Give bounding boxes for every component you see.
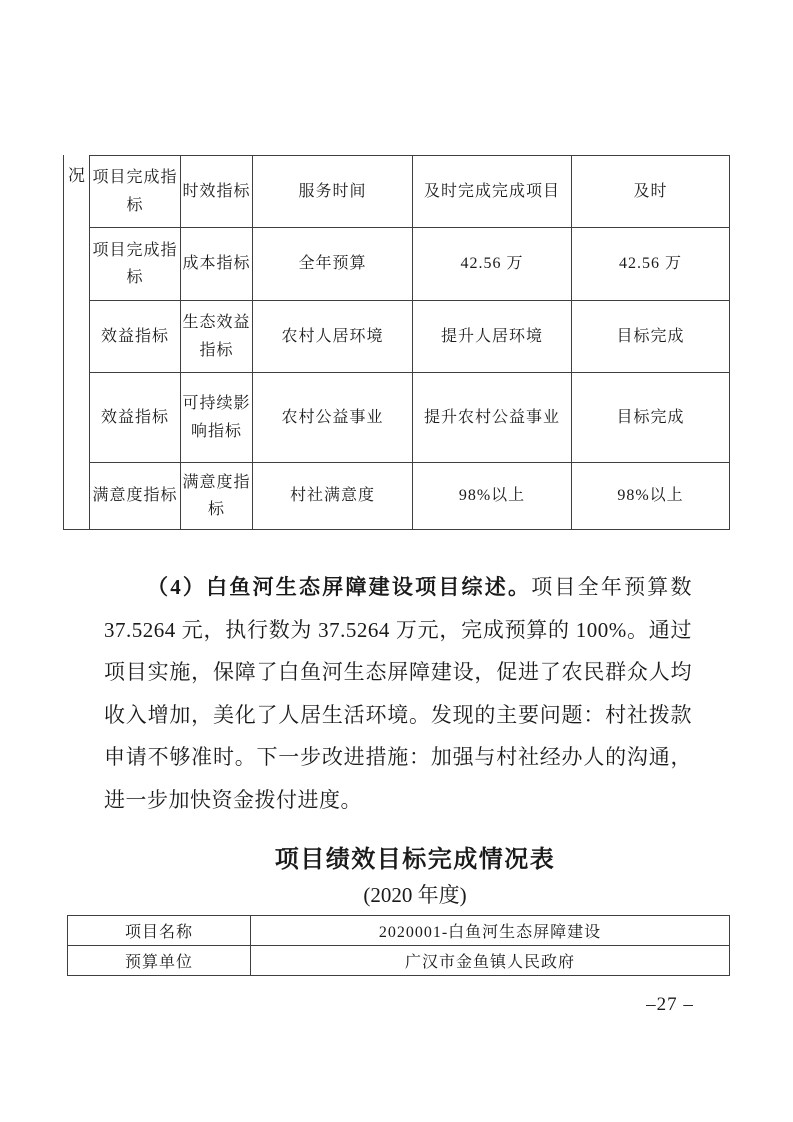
table-cell: 98%以上 <box>572 463 729 529</box>
table-cell: 可持续影响指标 <box>181 373 253 463</box>
project-info-table: 项目名称 2020001-白鱼河生态屏障建设 预算单位 广汉市金鱼镇人民政府 <box>67 915 730 976</box>
summary-lead-bold: （4）白鱼河生态屏障建设项目综述。 <box>147 575 531 599</box>
info-value-cell: 2020001-白鱼河生态屏障建设 <box>251 916 729 946</box>
table-cell: 及时完成完成项目 <box>413 156 572 228</box>
table-cell: 效益指标 <box>90 301 181 373</box>
table-cell: 项目完成指标 <box>90 228 181 301</box>
indicator-table: 项目完成指标 时效指标 服务时间 及时完成完成项目 及时 项目完成指标 成本指标… <box>89 155 730 530</box>
document-page: 况 项目完成指标 时效指标 服务时间 及时完成完成项目 及时 项目完成指标 成本… <box>0 0 793 1122</box>
table-cell: 农村人居环境 <box>253 301 413 373</box>
table-cell: 成本指标 <box>181 228 253 301</box>
table-cell: 42.56 万 <box>572 228 729 301</box>
table-cell: 满意度指标 <box>181 463 253 529</box>
table-cell: 农村公益事业 <box>253 373 413 463</box>
table-cell: 全年预算 <box>253 228 413 301</box>
table-continuation-gutter: 况 <box>63 155 89 530</box>
page-number: –27 – <box>610 994 730 1016</box>
table-cell: 提升人居环境 <box>413 301 572 373</box>
table-cell: 98%以上 <box>413 463 572 529</box>
table-cell: 项目完成指标 <box>90 156 181 228</box>
summary-body-text: 项目全年预算数 37.5264 元，执行数为 37.5264 万元，完成预算的 … <box>104 575 692 812</box>
table-cell: 效益指标 <box>90 373 181 463</box>
report-subtitle: (2020 年度) <box>90 879 740 909</box>
info-label-cell: 项目名称 <box>68 916 251 946</box>
info-value-cell: 广汉市金鱼镇人民政府 <box>251 946 729 976</box>
table-cell: 服务时间 <box>253 156 413 228</box>
table-cell: 村社满意度 <box>253 463 413 529</box>
table-cell: 时效指标 <box>181 156 253 228</box>
table-cell: 生态效益指标 <box>181 301 253 373</box>
table-cell: 满意度指标 <box>90 463 181 529</box>
table-cell: 目标完成 <box>572 301 729 373</box>
table-cell: 42.56 万 <box>413 228 572 301</box>
table-cell: 提升农村公益事业 <box>413 373 572 463</box>
info-label-cell: 预算单位 <box>68 946 251 976</box>
summary-paragraph: （4）白鱼河生态屏障建设项目综述。项目全年预算数 37.5264 元，执行数为 … <box>104 566 692 821</box>
gutter-vertical-label: 况 <box>64 155 89 186</box>
report-title: 项目绩效目标完成情况表 <box>90 839 740 874</box>
table-cell: 及时 <box>572 156 729 228</box>
table-cell: 目标完成 <box>572 373 729 463</box>
